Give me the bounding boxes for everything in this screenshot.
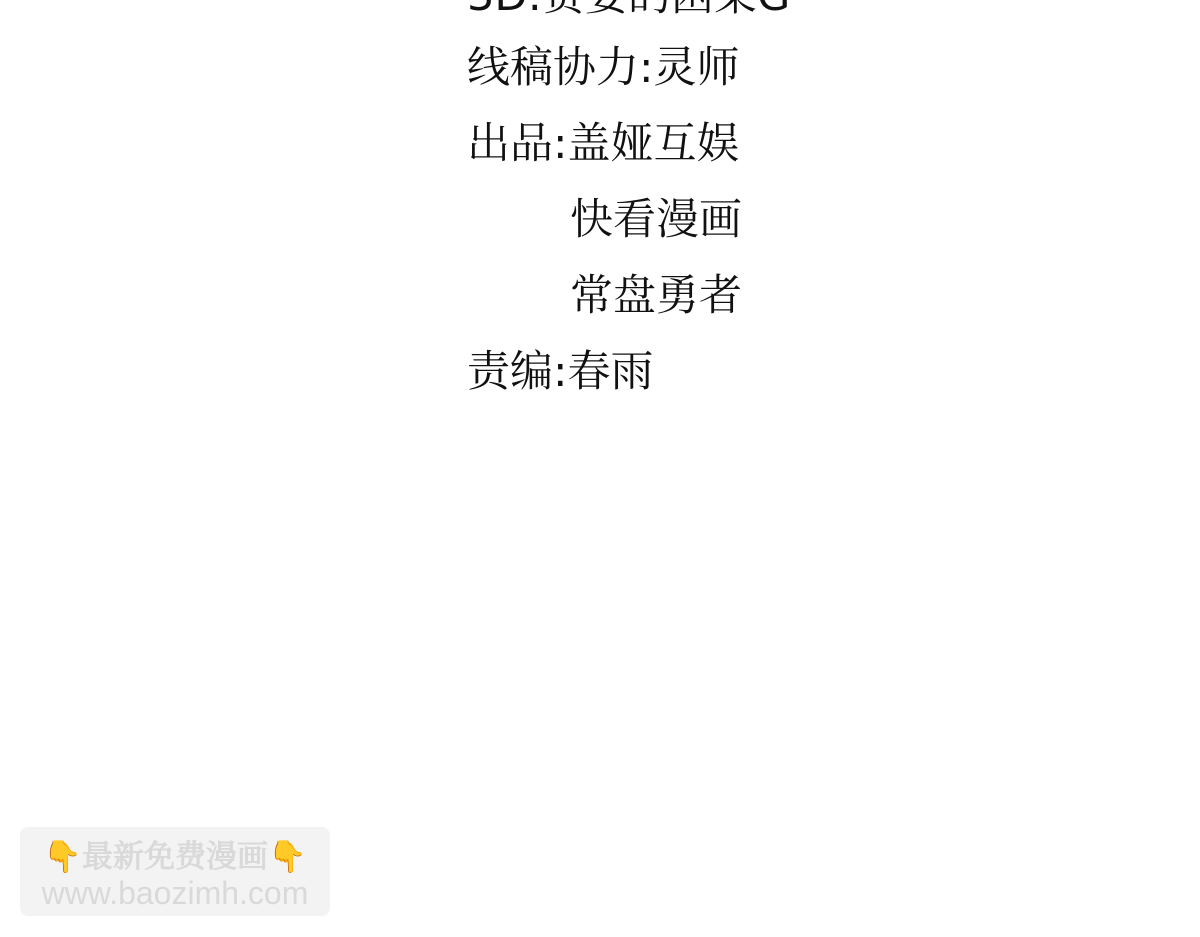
credits-block: 3D:贪婪的困菜G 线稿协力:灵师 出品:盖娅互娱 快看漫画 常盘勇者 责编:春… <box>467 0 1067 420</box>
pointing-down-icon: 👇 <box>268 839 307 875</box>
pointing-down-icon: 👇 <box>43 839 82 875</box>
credit-producer: 出品:盖娅互娱 <box>467 120 740 168</box>
watermark-title: 最新免费漫画 <box>82 839 268 875</box>
credit-producer-changpan: 常盘勇者 <box>570 272 742 320</box>
watermark-title-row: 👇最新免费漫画👇 <box>20 837 330 877</box>
credit-3d: 3D:贪婪的困菜G <box>467 0 790 20</box>
credit-lineart: 线稿协力:灵师 <box>467 44 740 92</box>
watermark-url[interactable]: www.baozimh.com <box>20 875 330 911</box>
credit-producer-kuaikan: 快看漫画 <box>570 196 742 244</box>
watermark-badge[interactable]: 👇最新免费漫画👇 www.baozimh.com <box>20 827 330 916</box>
credit-editor: 责编:春雨 <box>467 348 654 396</box>
